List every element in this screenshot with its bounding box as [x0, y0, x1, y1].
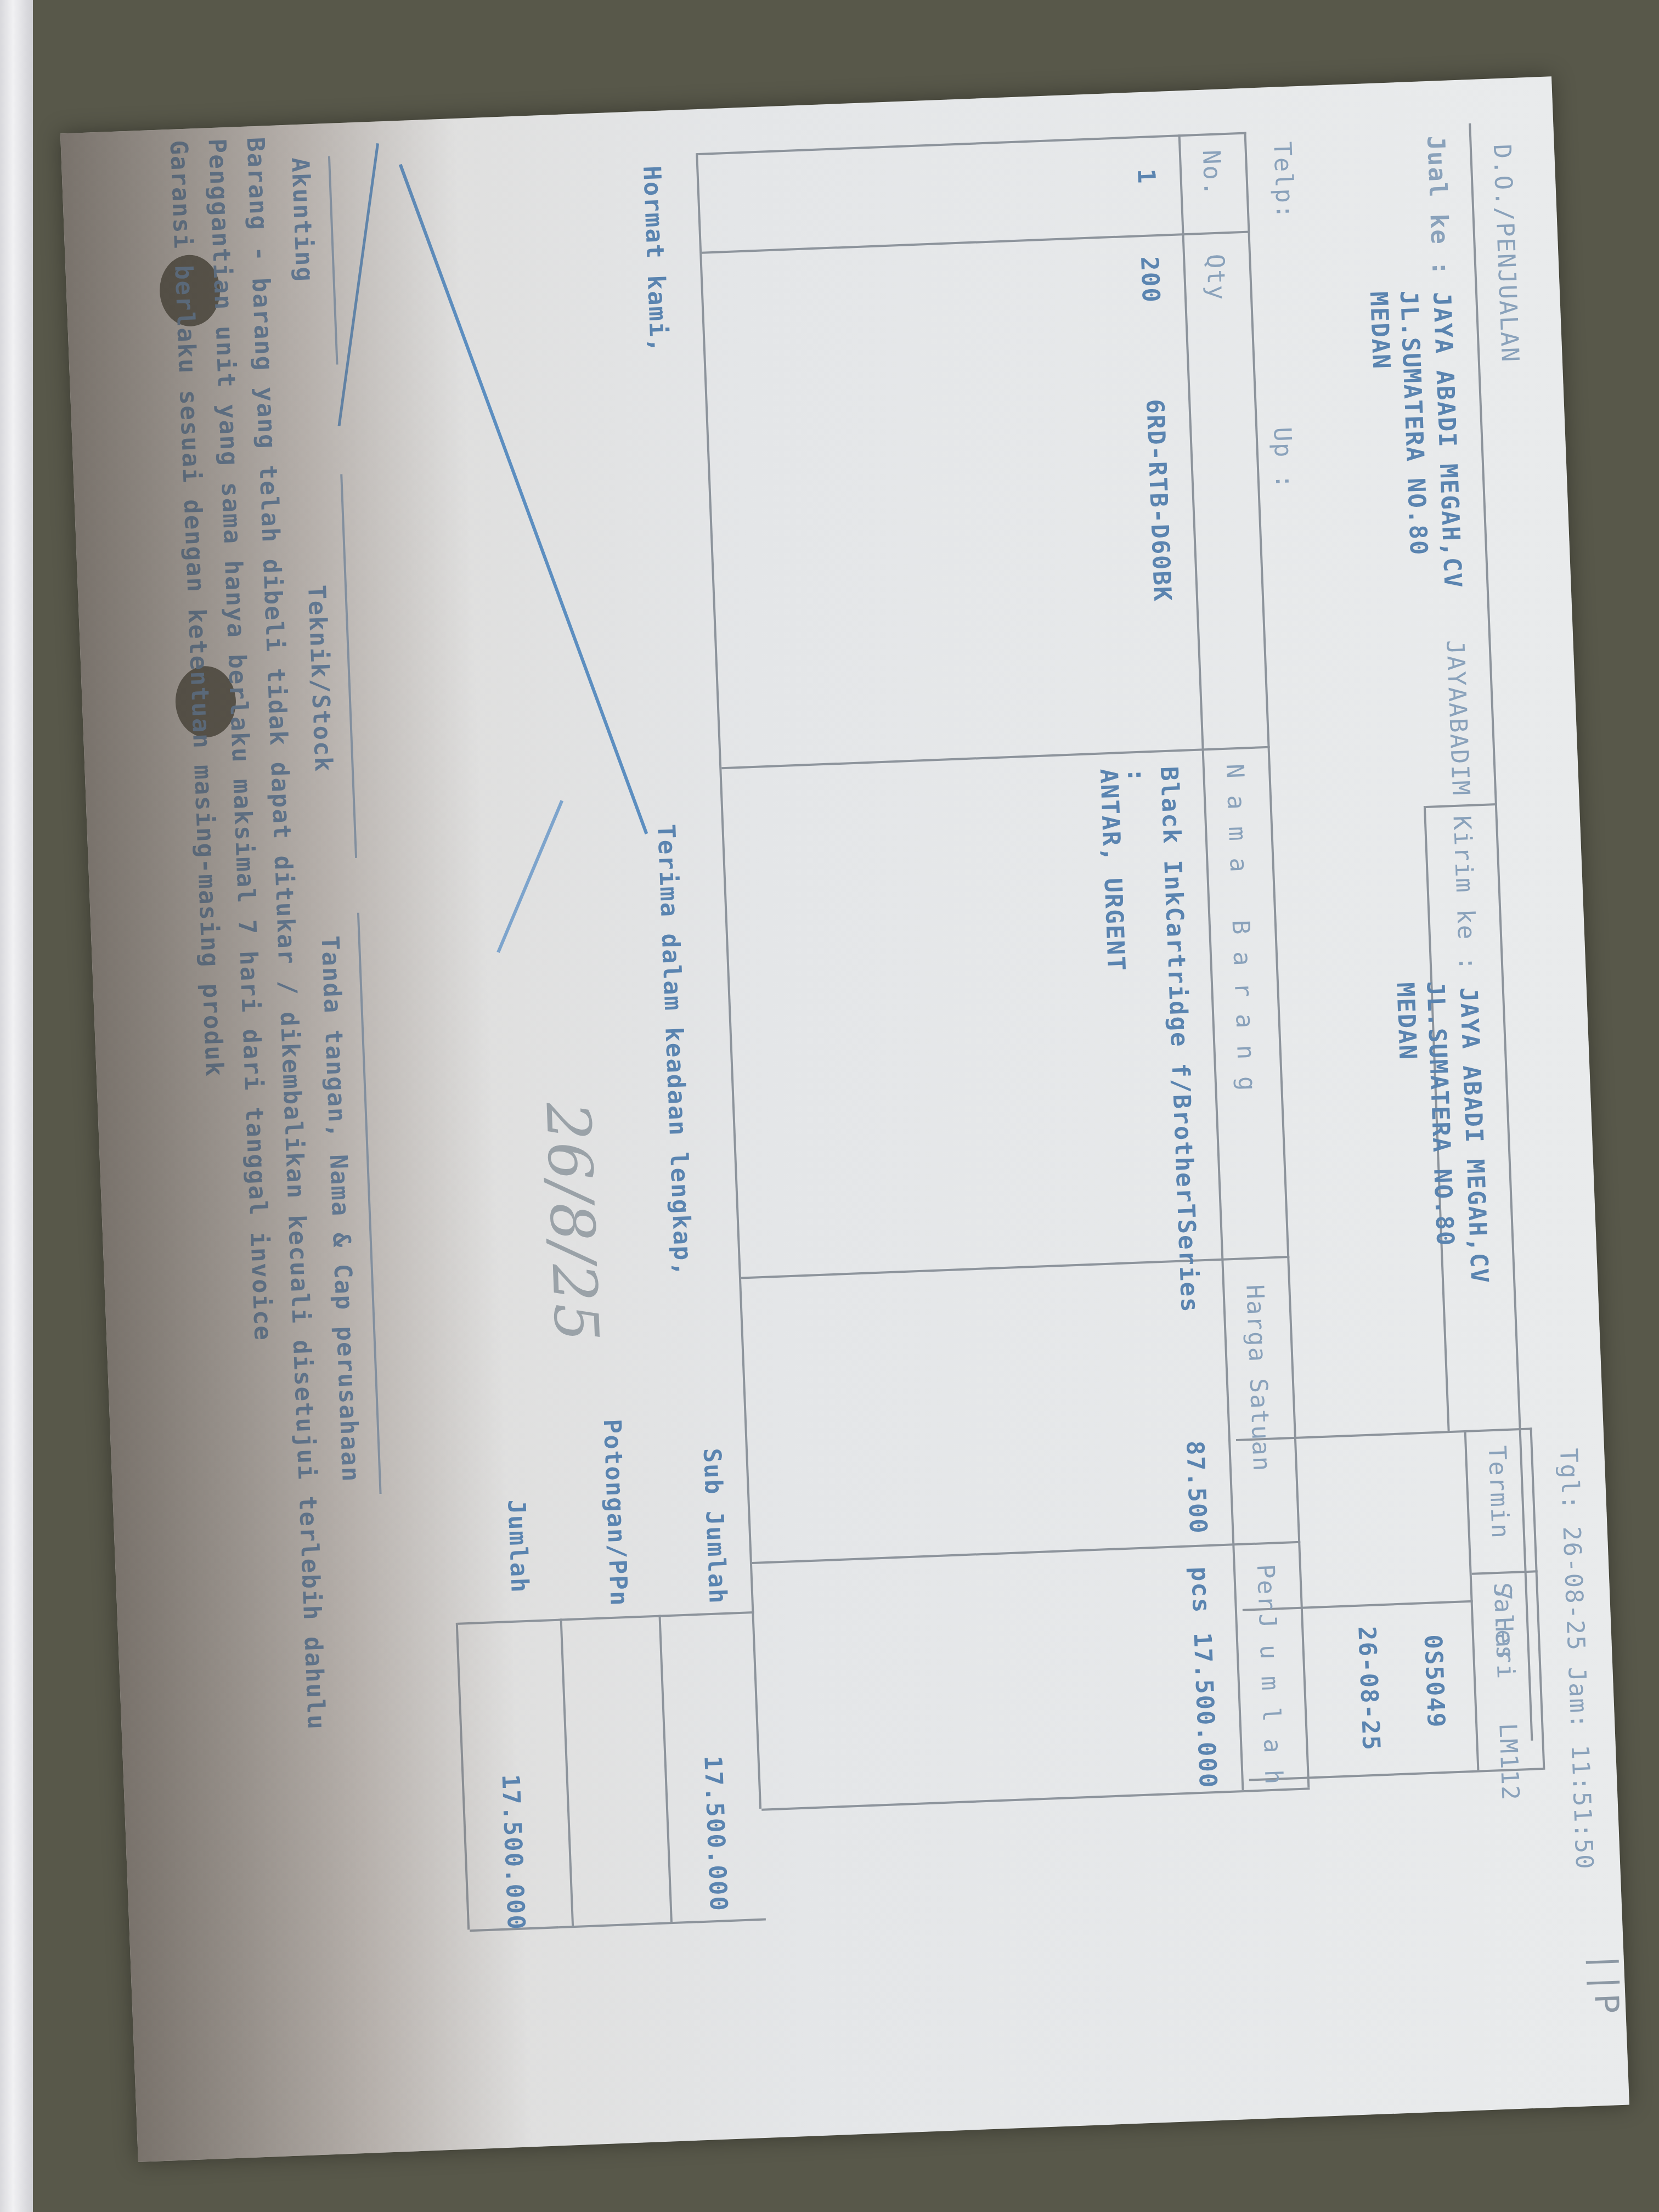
col-header-jumlah: J u m l a h: [1253, 1613, 1288, 1786]
col-divider-code: [721, 746, 1269, 769]
ship-to-address: JL.SUMATERA NO.80: [1421, 981, 1459, 1248]
row-jumlah: 17.500.000: [1188, 1632, 1222, 1790]
receiver-signature: [496, 800, 563, 953]
ship-to-divider: [1426, 803, 1497, 808]
row-no: 1: [1132, 168, 1160, 185]
ship-to-name: JAYA ABADI MEGAH,CV: [1454, 987, 1494, 1285]
row-qty: 200: [1135, 256, 1165, 304]
time-value: 11:51:50: [1566, 1745, 1599, 1871]
received-statement: Terima dalam keadaan lengkap,: [652, 823, 697, 1278]
telp-label: Telp:: [1268, 141, 1299, 220]
col-header-harga-satuan: Harga Satuan: [1240, 1284, 1276, 1473]
col-divider-harga: [741, 1256, 1289, 1279]
date-value: 26-08-25: [1557, 1526, 1590, 1652]
totals-box-bottom: [456, 1623, 470, 1930]
customer-code: JAYAABADIM: [1441, 640, 1475, 797]
row-per: pcs: [1186, 1566, 1215, 1614]
doc-number: 0S5049: [1419, 1634, 1451, 1729]
sales: Sales LM112: [1488, 1582, 1524, 1802]
delivery-order-document: D.O./PENJUALAN Tgl: 26-08-25 Jam: 11:51:…: [60, 76, 1629, 2162]
time-label: Jam:: [1562, 1666, 1593, 1730]
row-description: Black InkCartridge f/BrotherTSeries: [1155, 766, 1204, 1313]
sign-line-teknik: [340, 474, 357, 858]
teknik-stock-label: Teknik/Stock: [302, 584, 337, 773]
akunting-label: Akunting: [286, 157, 319, 283]
sub-jumlah-value: 17.500.000: [698, 1755, 732, 1912]
sold-to-name: JAYA ABADI MEGAH,CV: [1427, 291, 1467, 589]
doc-date: 26-08-25: [1352, 1626, 1385, 1752]
col-header-per: Per: [1251, 1564, 1281, 1611]
signature-stroke: [399, 164, 648, 834]
sold-to-city: MEDAN: [1364, 291, 1395, 370]
totals-rule-1: [658, 1615, 672, 1922]
date-time: Tgl: 26-08-25 Jam: 11:51:50: [1554, 1448, 1598, 1871]
terms-box-left: [1236, 1427, 1532, 1441]
table-left-border: [698, 132, 1246, 155]
sign-line-akunting: [328, 156, 338, 365]
jumlah-label: Jumlah: [502, 1499, 534, 1594]
termin-label: Termin: [1483, 1445, 1515, 1540]
col-divider-per: [752, 1541, 1300, 1564]
jumlah-value: 17.500.000: [496, 1774, 530, 1931]
col-header-nama-barang: N a m a B a r a n g: [1221, 763, 1261, 1092]
up-label: Up :: [1268, 427, 1298, 490]
hormat-kami: Hormat kami,: [637, 165, 673, 354]
totals-rule-2: [560, 1618, 574, 1926]
row-note: ANTAR, URGENT: [1094, 768, 1130, 972]
date-label: Tgl:: [1554, 1448, 1584, 1511]
signature-stroke: [338, 143, 380, 426]
document-title: D.O./PENJUALAN: [1488, 144, 1524, 364]
row-harga-satuan: 87.500: [1181, 1440, 1212, 1535]
sales-label: Sales: [1488, 1582, 1519, 1661]
row-note-mark: :: [1122, 767, 1150, 783]
totals-box-left: [458, 1611, 754, 1625]
sold-to-address: JL.SUMATERA NO.80: [1395, 290, 1433, 556]
table-right-border: [761, 1787, 1310, 1810]
col-divider-no: [702, 230, 1250, 253]
handwritten-date: 26/8/25: [532, 1101, 612, 1344]
tanda-tangan-label: Tanda tangan, Nama & Cap perusahaan: [315, 935, 364, 1483]
ship-to-city: MEDAN: [1391, 982, 1421, 1061]
potongan-label: Potongan/PPn: [598, 1419, 633, 1607]
handwritten-mark: ||P: [1585, 1951, 1626, 2016]
col-header-no: No.: [1197, 149, 1227, 197]
row-item-code: 6RD-RTB-D60BK: [1141, 398, 1176, 602]
ship-to-label: Kirim ke :: [1448, 815, 1482, 972]
sales-value: LM112: [1493, 1723, 1524, 1802]
sold-to-label: Jual ke :: [1421, 135, 1455, 276]
sub-jumlah-label: Sub Jumlah: [698, 1448, 732, 1605]
col-header-qty: Qty: [1201, 253, 1231, 301]
paper-stack-edge: [0, 0, 33, 2212]
